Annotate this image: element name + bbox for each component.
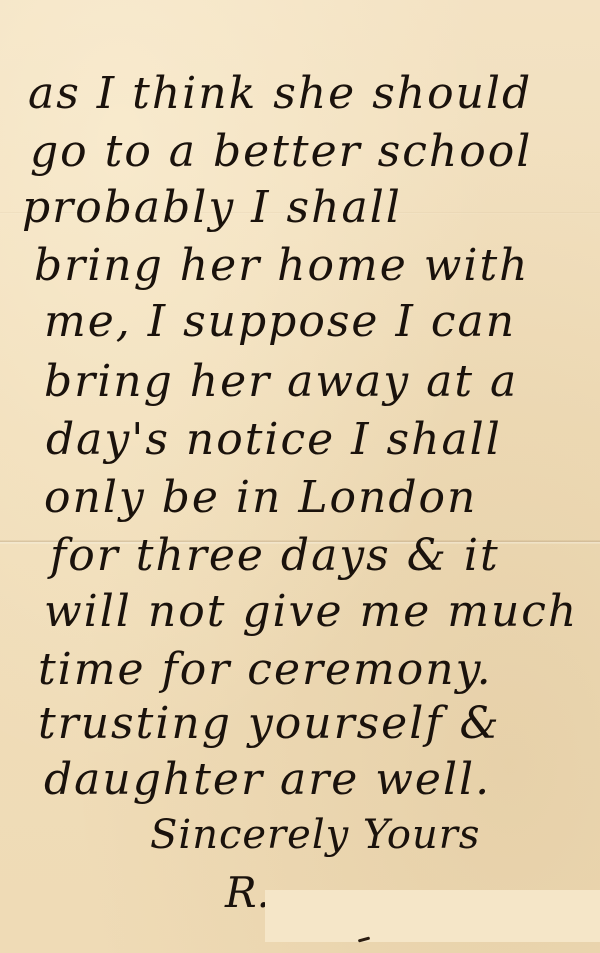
- letter-line: daughter are well.: [44, 758, 491, 802]
- letter-signature: R.: [225, 868, 270, 917]
- letter-line: trusting yourself &: [38, 702, 501, 746]
- letter-line: go to a better school: [30, 130, 532, 174]
- letter-line: probably I shall: [22, 186, 402, 230]
- letter-page: as I think she should go to a better sch…: [0, 0, 600, 953]
- letter-line: as I think she should: [28, 72, 532, 116]
- letter-line: only be in London: [44, 476, 477, 520]
- letter-line: for three days & it: [50, 534, 500, 578]
- letter-line: day's notice I shall: [46, 418, 502, 462]
- letter-line: will not give me much: [44, 590, 578, 634]
- letter-line: bring her away at a: [44, 360, 518, 404]
- letter-line: me, I suppose I can: [44, 300, 516, 344]
- letter-line: bring her home with: [34, 244, 530, 288]
- letter-closing: Sincerely Yours: [150, 812, 480, 858]
- redacted-area: [265, 890, 600, 942]
- letter-line: time for ceremony.: [38, 648, 493, 692]
